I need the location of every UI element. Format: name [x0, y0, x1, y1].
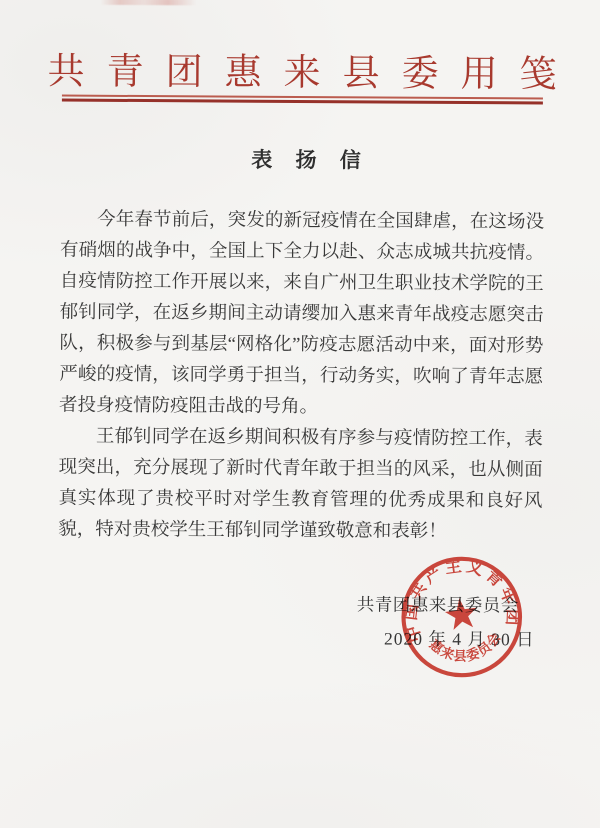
letterhead-title: 共青团惠来县委用笺 — [2, 40, 600, 98]
top-edge-scan-artifact — [100, 0, 196, 5]
scanned-letter-page: 共青团惠来县委用笺 表 扬 信 今年春节前后，突发的新冠疫情在全国肆虐，在这场没… — [0, 0, 600, 828]
letter-content: 共青团惠来县委用笺 表 扬 信 今年春节前后，突发的新冠疫情在全国肆虐，在这场没… — [0, 0, 600, 828]
body-paragraph-1: 今年春节前后，突发的新冠疫情在全国肆虐，在这场没有硝烟的战争中，全国上下全力以赴… — [59, 205, 544, 425]
seal-star-icon — [443, 596, 479, 630]
official-seal-stamp: 中国共产主义青年团 惠来县委员会 — [379, 534, 545, 700]
body-paragraph-2: 王郁钊同学在返乡期间积极有序参与疫情防控工作，表现突出，充分展现了新时代青年敢于… — [58, 422, 543, 549]
seal-arc-text: 中国共产主义青年团 — [393, 549, 525, 645]
rule-thick — [62, 99, 543, 105]
letter-body: 今年春节前后，突发的新冠疫情在全国肆虐，在这场没有硝烟的战争中，全国上下全力以赴… — [58, 205, 544, 549]
letter-title: 表 扬 信 — [1, 142, 600, 176]
